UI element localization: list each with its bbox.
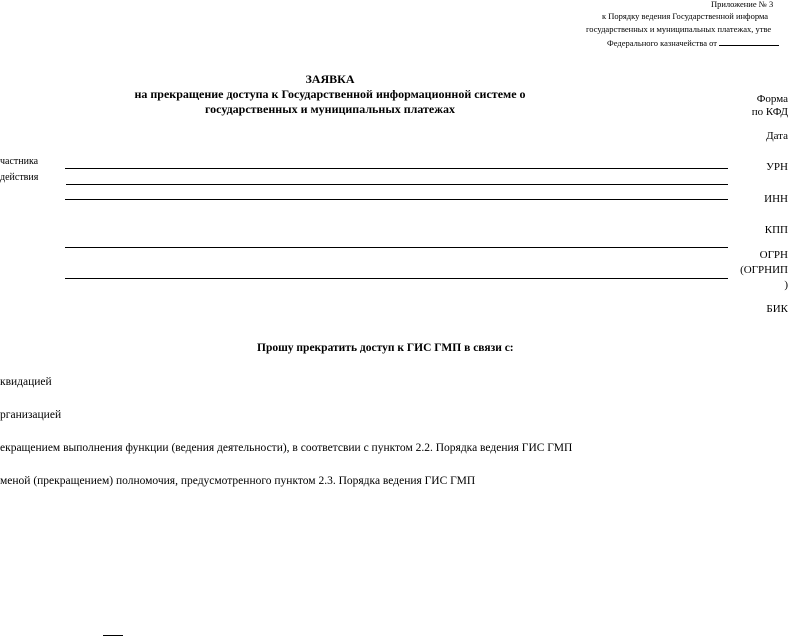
code-bik-label: БИК <box>766 302 788 316</box>
code-date-label: Дата <box>766 129 788 143</box>
code-kpp-label: КПП <box>765 223 788 237</box>
participant-name-line-3[interactable] <box>65 199 728 200</box>
signature-line <box>103 635 123 636</box>
participant-name-line-2[interactable] <box>66 184 728 185</box>
ogrn-line[interactable] <box>65 278 728 279</box>
code-kfd-label: по КФД <box>752 105 788 119</box>
reason-liquidation: квидацией <box>0 376 52 388</box>
title-subheading-2: государственных и муниципальных платежах <box>60 102 600 117</box>
participant-name-line[interactable] <box>65 168 728 169</box>
appendix-number: Приложение № 3 <box>711 0 773 10</box>
date-blank-field <box>719 36 779 46</box>
code-inn-label: ИНН <box>764 192 788 206</box>
title-heading: ЗАЯВКА <box>60 72 600 87</box>
appendix-treasury-text: Федерального казначейства от <box>607 38 717 48</box>
code-ogrnip-label: (ОГРНИП <box>740 263 788 277</box>
code-ogrn-label: ОГРН <box>760 248 788 262</box>
reason-reorganization: рганизацией <box>0 409 61 421</box>
document-title: ЗАЯВКА на прекращение доступа к Государс… <box>60 72 600 117</box>
label-participant: частника <box>0 156 38 167</box>
code-ogrnip-close: ) <box>784 278 788 292</box>
title-subheading-1: на прекращение доступа к Государственной… <box>60 87 600 102</box>
code-form-label: Форма <box>757 92 788 106</box>
appendix-line-payments: государственных и муниципальных платежах… <box>586 23 771 35</box>
kpp-line[interactable] <box>65 247 728 248</box>
label-action: действия <box>0 172 38 183</box>
appendix-line-treasury: Федерального казначейства от <box>607 36 779 49</box>
reason-change-of-authority: меной (прекращением) полномочия, предусм… <box>0 475 475 487</box>
reason-termination-of-function: екращением выполнения функции (ведения д… <box>0 442 572 454</box>
request-heading-text: Прошу прекратить доступ к ГИС ГМП в связ… <box>257 342 514 354</box>
appendix-line-procedure: к Порядку ведения Государственной информ… <box>602 10 768 22</box>
code-urn-label: УРН <box>766 160 788 174</box>
